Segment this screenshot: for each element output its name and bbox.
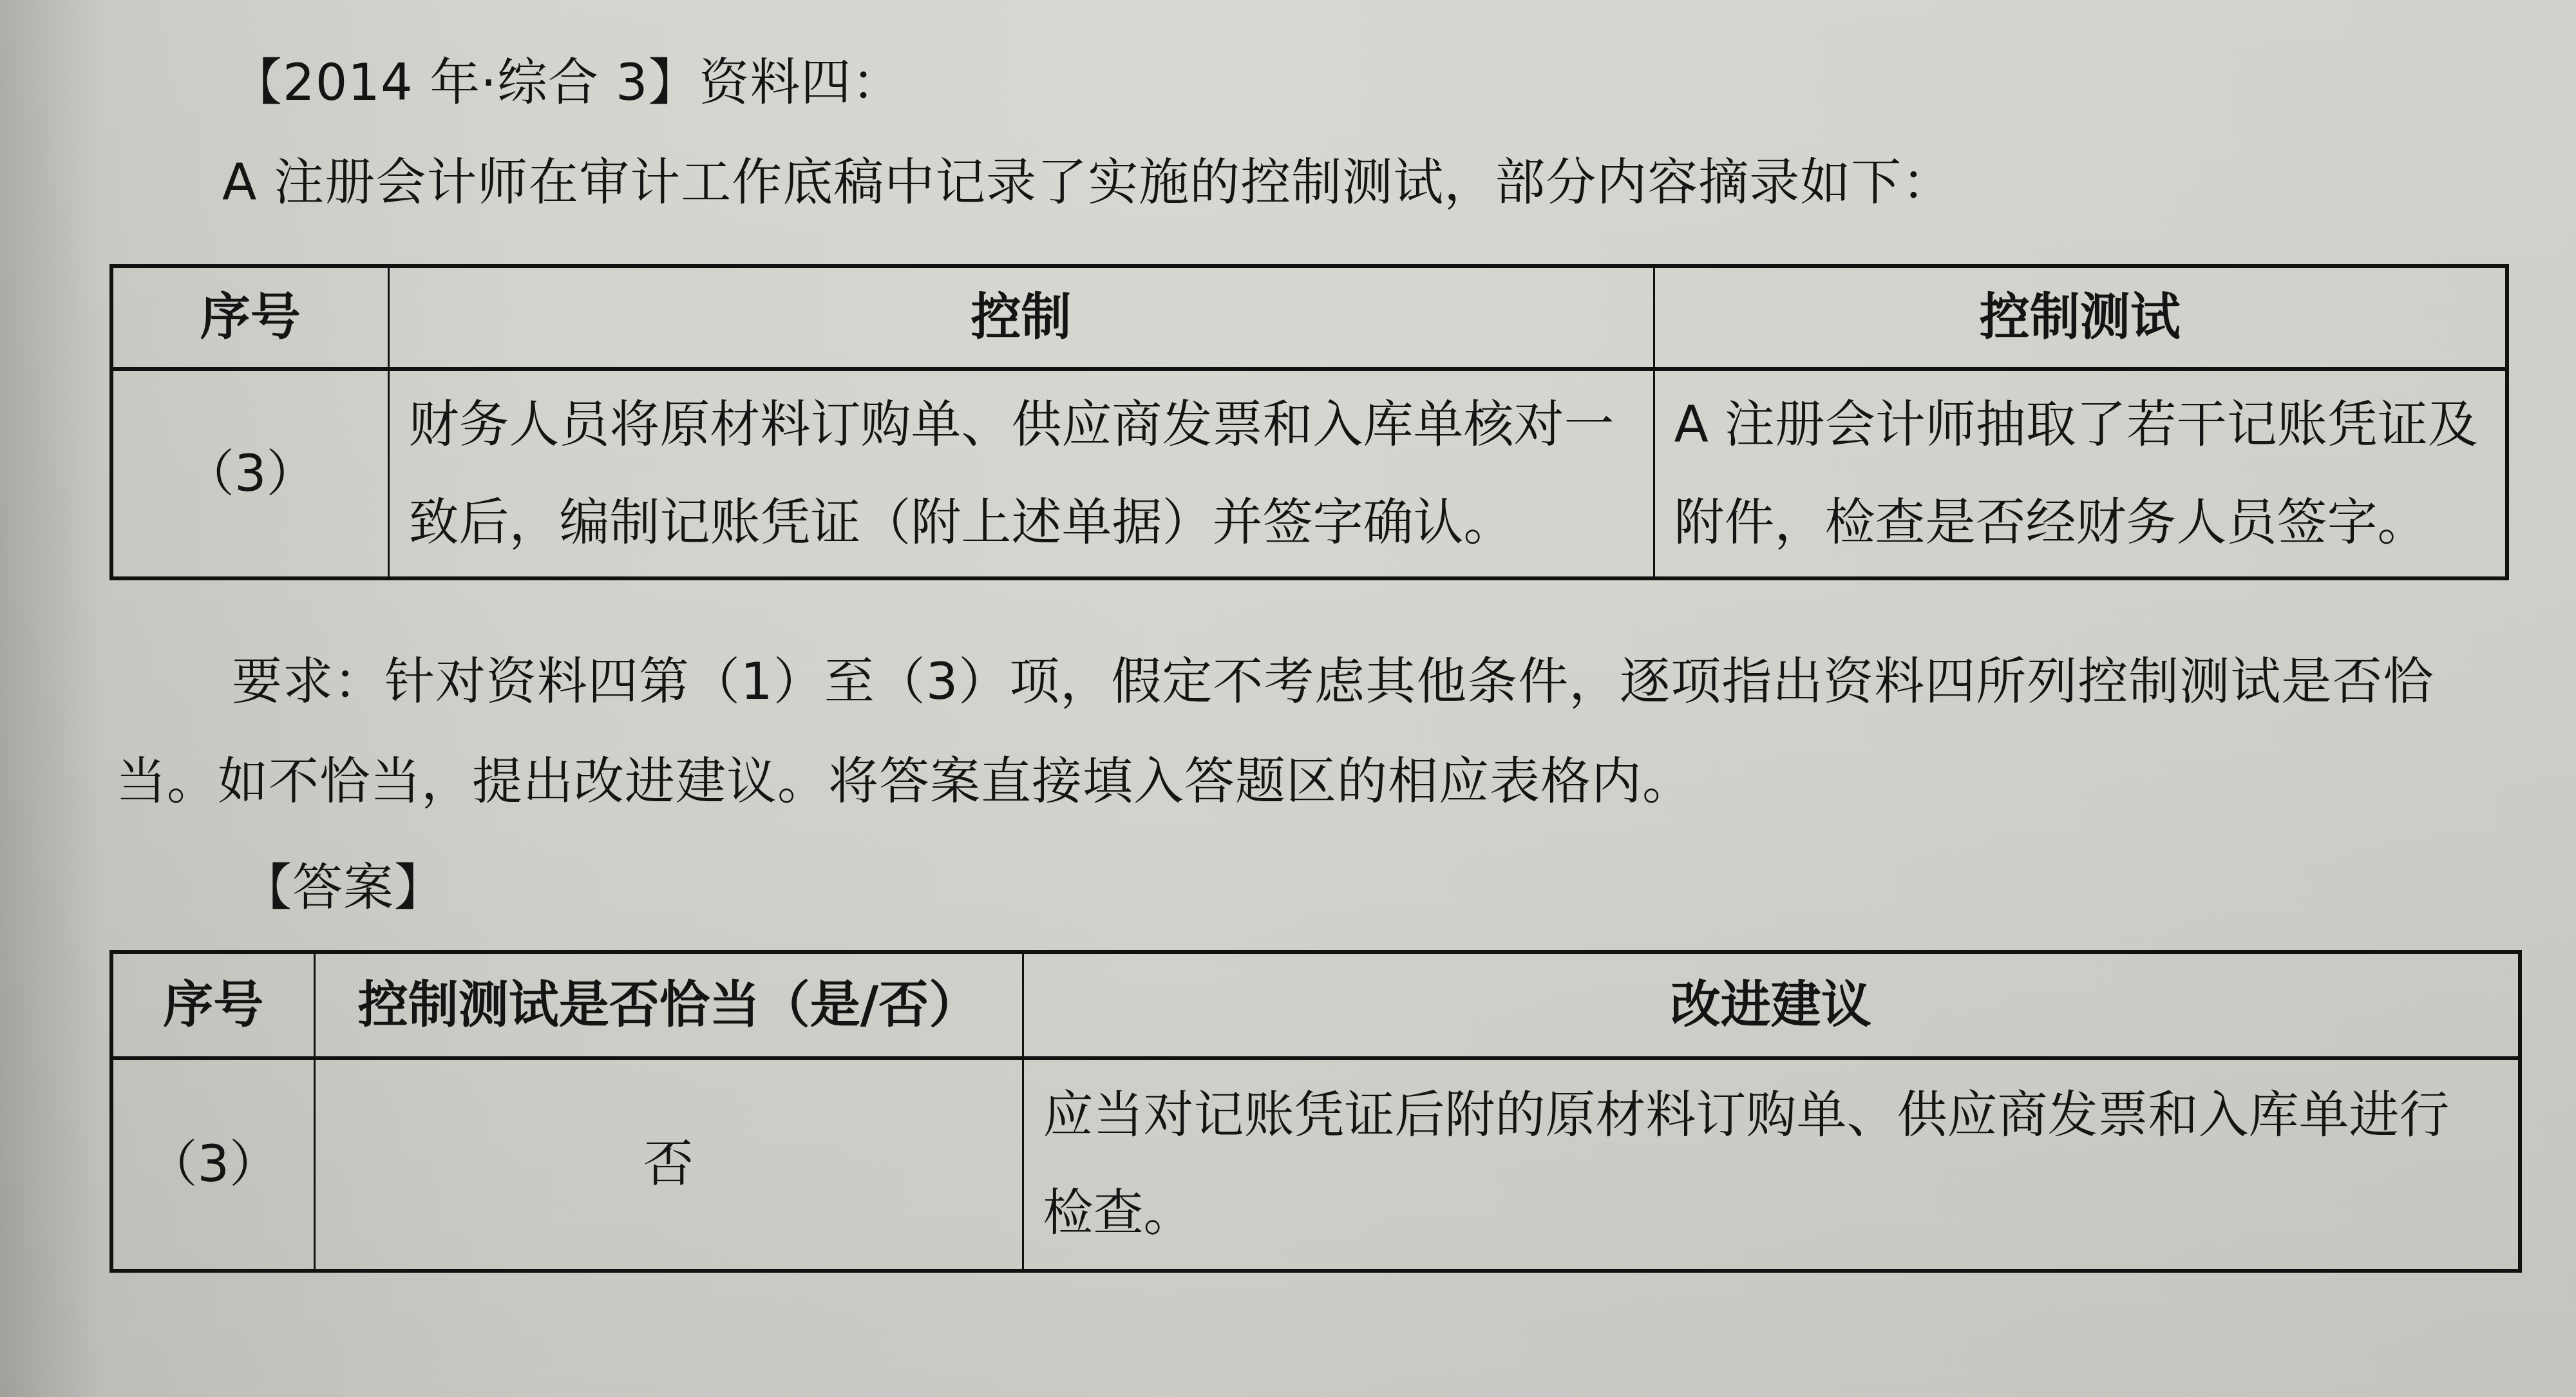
controls-table: 序号 控制 控制测试 （3） 财务人员将原材料订购单、供应商发票和入库单核对一致… — [109, 264, 2509, 580]
header-control-test: 控制测试 — [1654, 266, 2507, 369]
cell-seq: （3） — [111, 1058, 314, 1271]
intro-text: A 注册会计师在审计工作底稿中记录了实施的控制测试，部分内容摘录如下： — [222, 158, 1953, 208]
header-control: 控制 — [388, 266, 1654, 369]
cell-suggestion: 应当对记账凭证后附的原材料订购单、供应商发票和入库单进行检查。 — [1023, 1058, 2520, 1271]
requirement-text-line-1: 要求：针对资料四第（1）至（3）项，假定不考虑其他条件，逐项指出资料四所列控制测… — [232, 657, 2434, 707]
control-description: 财务人员将原材料订购单、供应商发票和入库单核对一致后，编制记账凭证（附上述单据）… — [409, 376, 1634, 572]
controls-table-header: 序号 控制 控制测试 — [111, 266, 2507, 369]
question-title: 【2014 年·综合 3】资料四： — [232, 58, 903, 108]
requirement-text-line-2: 当。如不恰当，提出改进建议。将答案直接填入答题区的相应表格内。 — [116, 757, 1693, 807]
cell-control-test: A 注册会计师抽取了若干记账凭证及附件，检查是否经财务人员签字。 — [1654, 369, 2507, 578]
header-appropriate: 控制测试是否恰当（是/否） — [314, 952, 1023, 1058]
table-row: （3） 财务人员将原材料订购单、供应商发票和入库单核对一致后，编制记账凭证（附上… — [111, 369, 2507, 578]
control-test-description: A 注册会计师抽取了若干记账凭证及附件，检查是否经财务人员签字。 — [1674, 376, 2486, 572]
cell-control: 财务人员将原材料订购单、供应商发票和入库单核对一致后，编制记账凭证（附上述单据）… — [388, 369, 1654, 578]
answer-table: 序号 控制测试是否恰当（是/否） 改进建议 （3） 否 应当对记账凭证后附的原材… — [109, 950, 2522, 1273]
answer-table-header: 序号 控制测试是否恰当（是/否） 改进建议 — [111, 952, 2520, 1058]
header-seq: 序号 — [111, 266, 388, 369]
cell-seq: （3） — [111, 369, 388, 578]
cell-appropriate: 否 — [314, 1058, 1023, 1271]
table-row: （3） 否 应当对记账凭证后附的原材料订购单、供应商发票和入库单进行检查。 — [111, 1058, 2520, 1271]
answer-label: 【答案】 — [241, 863, 445, 913]
header-suggestion: 改进建议 — [1023, 952, 2520, 1058]
header-seq: 序号 — [111, 952, 314, 1058]
suggestion-text: 应当对记账凭证后附的原材料订购单、供应商发票和入库单进行检查。 — [1043, 1067, 2499, 1262]
